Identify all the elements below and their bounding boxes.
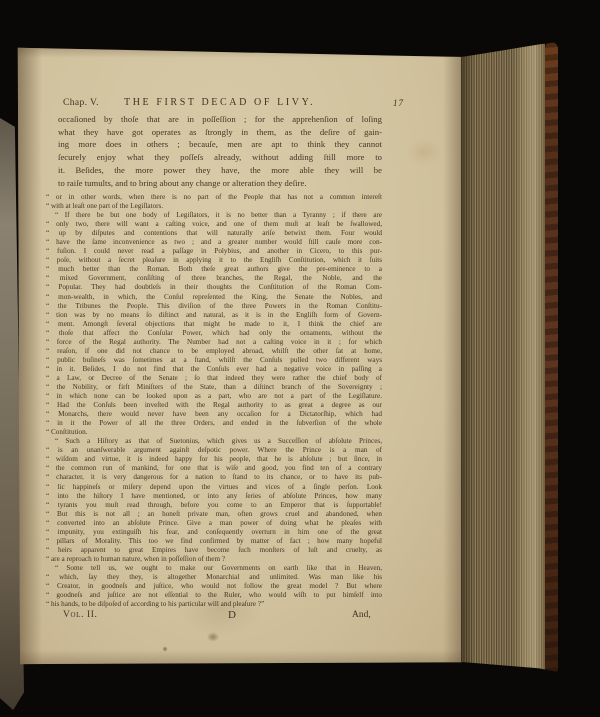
footnote-line: “ a Law, or Decree of the Senate ; ſo th… [46, 374, 382, 383]
body-line: what they have got operates as ſtrongly … [58, 126, 382, 139]
footnote-line: “ tyrants you muſt read through, before … [46, 501, 382, 510]
footnote-line: “ his hands, to be diſpoſed of according… [46, 600, 382, 609]
book-right-edge [461, 42, 558, 672]
footnote-line: “ is an unanſwerable argument againſt de… [46, 446, 382, 455]
footnote-line: “ up by diſputes and contentions that wi… [46, 229, 382, 238]
footnote-line: “ character, it is very dangerous for a … [46, 473, 382, 482]
footnote-line: “ Conſtitution. [46, 428, 382, 437]
footnote-block: “ or in other words, when there is no pa… [46, 193, 382, 609]
page-text: Chap. V. THE FIRST DECAD OF LIVY. 17 occ… [46, 97, 391, 111]
footnote-line: “ reaſon, if one did not chance to be em… [46, 347, 382, 356]
footnote-line: “ Such a Hiſtory as that of Suetonius, w… [46, 437, 382, 446]
footnote-line: “ lic happineſs or miſery depend upon th… [46, 483, 382, 492]
volume-label: Vol. II. [63, 610, 97, 620]
page-number: 17 [393, 98, 404, 108]
footnote-line: “ with at leaſt one part of the Legiſlat… [46, 202, 382, 211]
footnote-line: “ only two, there will want a caſting vo… [46, 220, 382, 229]
footnote-line: “ pillars of Morality. This too we find … [46, 537, 382, 546]
footnote-line: “ force of the Regal authority. The Numb… [46, 338, 382, 347]
footnote-line: “ If there be but one body of Legiſlator… [46, 211, 382, 220]
footnote-line: “ tion was by no means ſo diſtinct and n… [46, 311, 382, 320]
page-title: THE FIRST DECAD OF LIVY. [124, 97, 315, 108]
footnote-line: “ have the ſame inconvenience as two ; a… [46, 238, 382, 247]
footnote-line: “ are a reproach to human nature, when i… [46, 555, 382, 564]
footnote-line: “ Had the Conſuls been inveſted with the… [46, 401, 382, 410]
running-header: Chap. V. THE FIRST DECAD OF LIVY. 17 [46, 97, 391, 111]
body-line: ſecurely enjoy what they poſſeſs already… [58, 151, 382, 164]
footnote-line: “ which, ſay they they, is altogether Mo… [46, 573, 382, 582]
footnote-line: “ wiſdom and virtue, it is indeed happy … [46, 455, 382, 464]
footnote-line: “ Monarchs, there would never have been … [46, 410, 382, 419]
footnote-line: “ public buſineſs was ſometimes at a ſta… [46, 356, 382, 365]
footnote-line: “ heirs apparent to great Empires have b… [46, 546, 382, 555]
footnote-line: “ thoſe that affect the Conſular Power, … [46, 329, 382, 338]
footnote-line: “ or in other words, when there is no pa… [46, 193, 382, 202]
footnote-line: “ the Tribunes the People. This diviſion… [46, 302, 382, 311]
footnote-line: “ into the hiſtory I have mentioned, or … [46, 492, 382, 501]
footnote-line: “ Some tell us, we ought to make our Gov… [46, 564, 382, 573]
footnote-line: “ mon-wealth, in which, the Conſul repre… [46, 293, 382, 302]
footnote-line: “ goodneſs and juſtice are not eſſential… [46, 591, 382, 600]
footnote-line: “ impunity, you extinguiſh his fear, and… [46, 528, 382, 537]
footnote-line: “ the common run of mankind, for one tha… [46, 464, 382, 473]
footnote-line: “ fuſion. I could never read a paſſage i… [46, 247, 382, 256]
body-paragraph: occaſioned by thoſe that are in poſſeſſi… [58, 113, 382, 189]
footnote-line: “ the Nobility, or firſt Miniſters of th… [46, 383, 382, 392]
page-footer: Vol. II. D And, [46, 610, 391, 624]
footnote-line: “ But this is not all ; an honeſt privat… [46, 510, 382, 519]
footnote-line: “ Creator, in goodneſs and juſtice, who … [46, 582, 382, 591]
catchword: And, [352, 610, 371, 620]
body-line: to raiſe tumults, and to bring about any… [58, 177, 382, 190]
footnote-line: “ ment. Amongſt ſeveral objections that … [46, 320, 382, 329]
body-line: it. Beſides, the more power they have, t… [58, 164, 382, 177]
book-photograph: Chap. V. THE FIRST DECAD OF LIVY. 17 occ… [0, 0, 600, 717]
body-line: ing more does in others ; becauſe, men a… [58, 138, 382, 151]
footnote-line: “ in which none can be looked upon as a … [46, 392, 382, 401]
signature-mark: D [228, 609, 236, 621]
page-block-fore-edge [461, 42, 545, 672]
body-line: occaſioned by thoſe that are in poſſeſſi… [58, 113, 382, 126]
footnote-line: “ mixed Government, conſiſting of three … [46, 274, 382, 283]
footnote-line: “ Popular. They had doubtleſs in their t… [46, 283, 382, 292]
footnote-line: “ poſe, without a ſecret pleaſure in app… [46, 256, 382, 265]
footnote-line: “ much better than the Roman. Both theſe… [46, 265, 382, 274]
footnote-line: “ in it. Beſides, I do not find that the… [46, 365, 382, 374]
chapter-label: Chap. V. [63, 98, 99, 108]
footnote-line: “ in it the Power of all the three Order… [46, 419, 382, 428]
footnote-line: “ converted into an abſolute Prince. Giv… [46, 519, 382, 528]
leather-cover-edge [545, 42, 558, 672]
